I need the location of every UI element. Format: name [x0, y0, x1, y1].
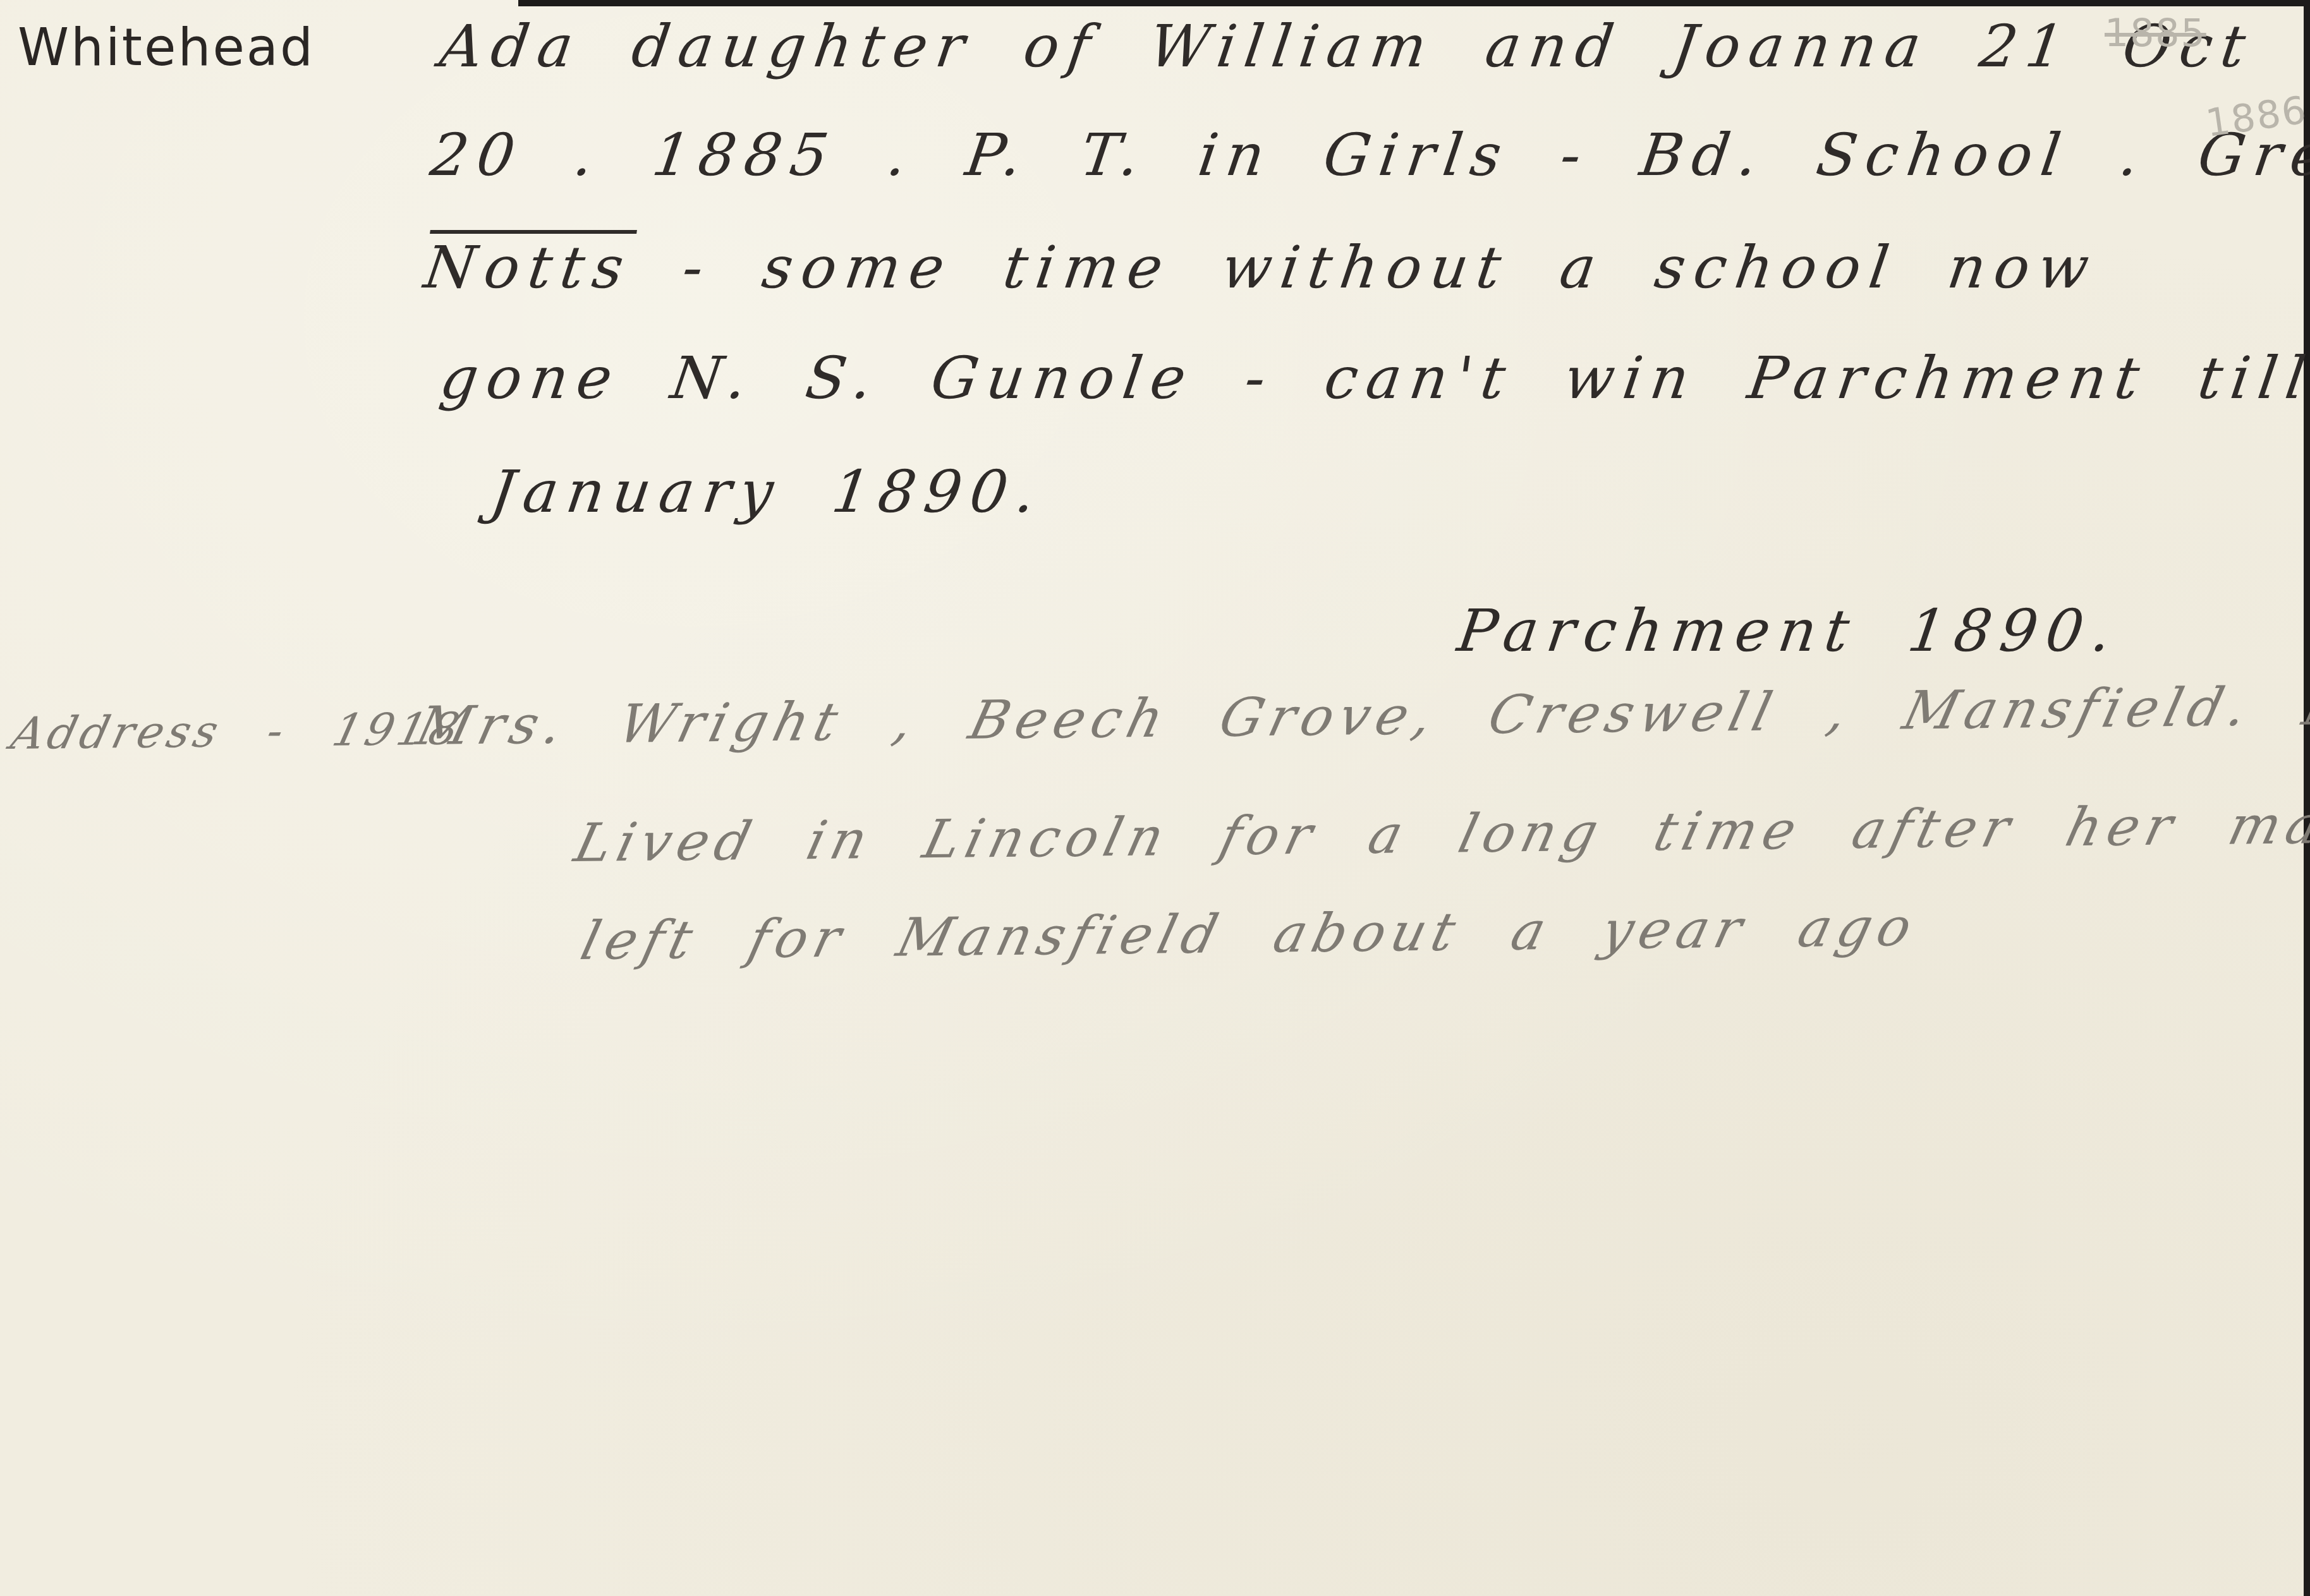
entry-line-1: Ada daughter of William and Joanna 21 Oc… [436, 13, 2258, 80]
entry-line-3: Notts - some time without a school now [420, 234, 2102, 301]
later-note-line-2: left for Mansfield about a year ago [575, 896, 1924, 972]
entry-line-3-rest: - some time without a school now [678, 234, 2101, 301]
entry-line-4: gone N. S. Gunole - can't win Parchment … [436, 344, 2310, 412]
address-label: Address - 1918 [6, 703, 468, 759]
entry-line-5: January 1890. [487, 458, 1049, 526]
record-card: Whitehead Ada daughter of William and Jo… [0, 0, 2310, 1596]
entry-line-2: 20 . 1885 . P. T. in Girls - Bd. School … [427, 121, 2310, 189]
scan-border-top [518, 0, 2310, 6]
surname-label: Whitehead [18, 18, 315, 78]
pencil-annotation-struck: 1885 [2105, 11, 2206, 56]
later-note-line-1: Lived in Lincoln for a long time after h… [569, 792, 2310, 874]
parchment-note: Parchment 1890. [1454, 597, 2124, 665]
address-line: Mrs. Wright , Beech Grove, Creswell , Ma… [411, 673, 2310, 757]
notts-overlined-word: Notts [420, 234, 636, 301]
